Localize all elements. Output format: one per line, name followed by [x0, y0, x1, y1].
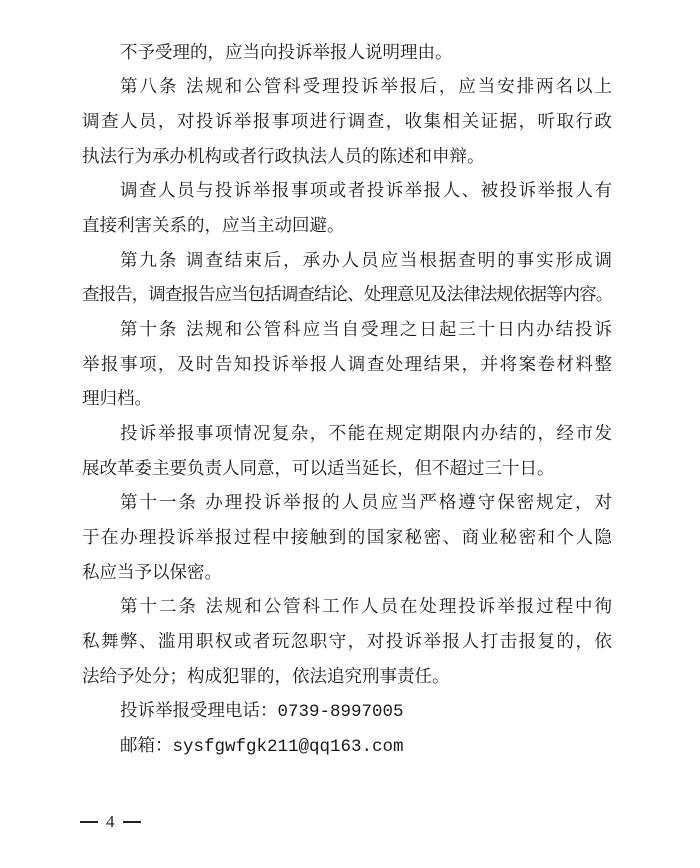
- paragraph-line: 执法行为承办机构或者行政执法人员的陈述和申辩。: [82, 140, 612, 174]
- paragraph-line: 调查人员，对投诉举报事项进行调查，收集相关证据，听取行政: [82, 105, 612, 139]
- paragraph-line: 第十条 法规和公管科应当自受理之日起三十日内办结投诉: [120, 313, 612, 347]
- email-address: sysfgwfgk211@qq163.com: [173, 737, 404, 757]
- paragraph-line: 不予受理的，应当向投诉举报人说明理由。: [120, 36, 612, 70]
- paragraph-line: 查报告，调查报告应当包括调查结论、处理意见及法律法规依据等内容。: [82, 278, 612, 312]
- contact-email-line: 邮箱：sysfgwfgk211@qq163.com: [120, 729, 612, 763]
- phone-number: 0739-8997005: [278, 702, 404, 722]
- paragraph-line: 于在办理投诉举报过程中接触到的国家秘密、商业秘密和个人隐: [82, 521, 612, 555]
- dash-left: [80, 821, 98, 823]
- paragraph-line: 法给予处分；构成犯罪的，依法追究刑事责任。: [82, 660, 612, 694]
- paragraph-line: 投诉举报事项情况复杂，不能在规定期限内办结的，经市发: [120, 417, 612, 451]
- paragraph-line: 第十一条 办理投诉举报的人员应当严格遵守保密规定，对: [120, 486, 612, 520]
- phone-label: 投诉举报受理电话：: [120, 701, 278, 721]
- paragraph-line: 举报事项，及时告知投诉举报人调查处理结果，并将案卷材料整: [82, 348, 612, 382]
- paragraph-line: 理归档。: [82, 382, 612, 416]
- document-page: 不予受理的，应当向投诉举报人说明理由。 第八条 法规和公管科受理投诉举报后，应当…: [0, 0, 700, 868]
- email-label: 邮箱：: [120, 736, 173, 756]
- paragraph-line: 第十二条 法规和公管科工作人员在处理投诉举报过程中徇: [120, 590, 612, 624]
- paragraph-line: 第九条 调查结束后，承办人员应当根据查明的事实形成调: [120, 244, 612, 278]
- paragraph-line: 调查人员与投诉举报事项或者投诉举报人、被投诉举报人有: [120, 174, 612, 208]
- contact-phone-line: 投诉举报受理电话：0739-8997005: [120, 694, 612, 728]
- page-number-footer: 4: [80, 810, 141, 834]
- paragraph-line: 直接利害关系的，应当主动回避。: [82, 209, 612, 243]
- paragraph-line: 第八条 法规和公管科受理投诉举报后，应当安排两名以上: [120, 70, 612, 104]
- page-number: 4: [106, 810, 115, 834]
- paragraph-line: 私舞弊、滥用职权或者玩忽职守，对投诉举报人打击报复的，依: [82, 625, 612, 659]
- dash-right: [123, 821, 141, 823]
- paragraph-line: 私应当予以保密。: [82, 556, 612, 590]
- paragraph-line: 展改革委主要负责人同意，可以适当延长，但不超过三十日。: [82, 452, 612, 486]
